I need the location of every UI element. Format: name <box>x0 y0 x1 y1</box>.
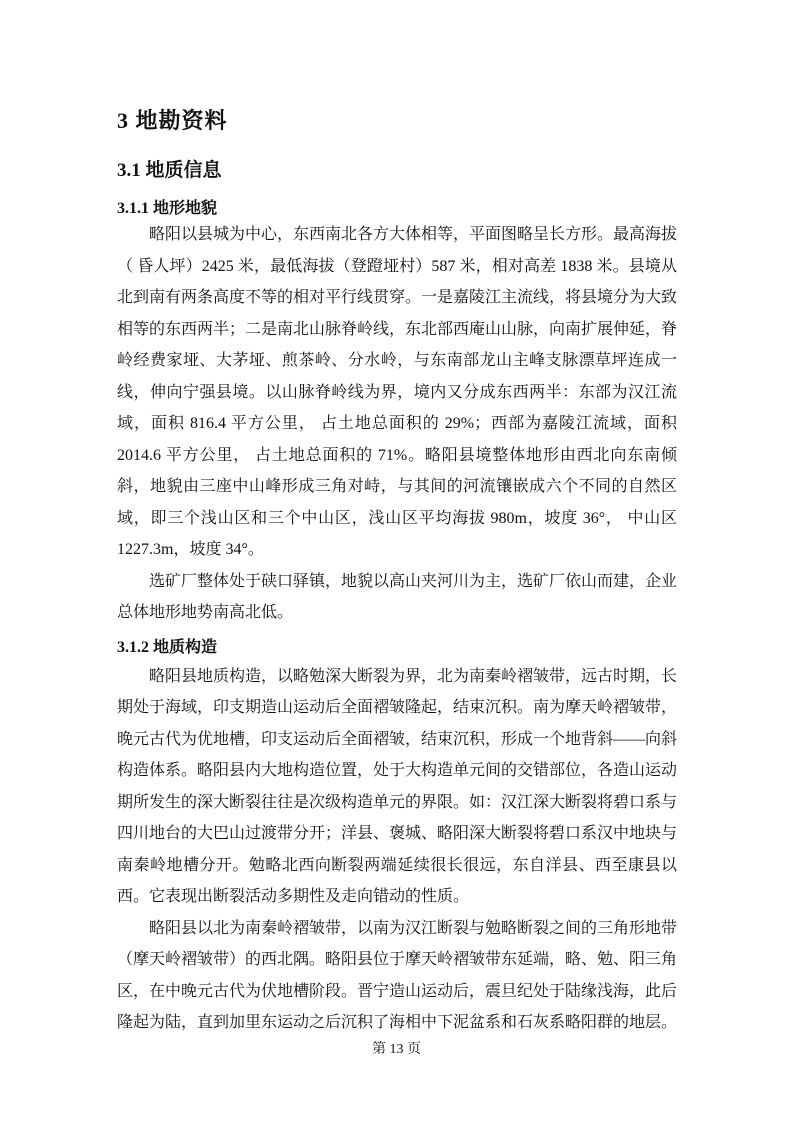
paragraph-structure-faults: 略阳县地质构造，以略勉深大断裂为界，北为南秦岭褶皱带，远古时期，长期处于海域，印… <box>117 661 677 913</box>
paragraph-structure-fold-belt: 略阳县以北为南秦岭褶皱带，以南为汉江断裂与勉略断裂之间的三角形地带（摩天岭褶皱带… <box>117 913 677 1039</box>
paragraph-plant-location: 选矿厂整体处于硖口驿镇，地貌以高山夹河川为主，选矿厂依山而建，企业总体地形地势南… <box>117 566 677 629</box>
page-number-label: 第 13 页 <box>372 1042 421 1057</box>
section-heading-geological-info: 3.1 地质信息 <box>117 159 677 183</box>
paragraph-terrain-overview: 略阳以县城为中心，东西南北各方大体相等，平面图略呈长方形。最高海拔（ 昏人坪）2… <box>117 219 677 566</box>
subsection-heading-terrain: 3.1.1 地形地貌 <box>117 199 677 219</box>
page-footer: 第 13 页 <box>0 1040 793 1060</box>
chapter-heading-geological-survey: 3 地勘资料 <box>117 107 677 135</box>
subsection-heading-geological-structure: 3.1.2 地质构造 <box>117 635 677 661</box>
document-page: 3 地勘资料 3.1 地质信息 3.1.1 地形地貌 略阳以县城为中心，东西南北… <box>0 0 793 1122</box>
page-body: 3 地勘资料 3.1 地质信息 3.1.1 地形地貌 略阳以县城为中心，东西南北… <box>117 0 677 1039</box>
